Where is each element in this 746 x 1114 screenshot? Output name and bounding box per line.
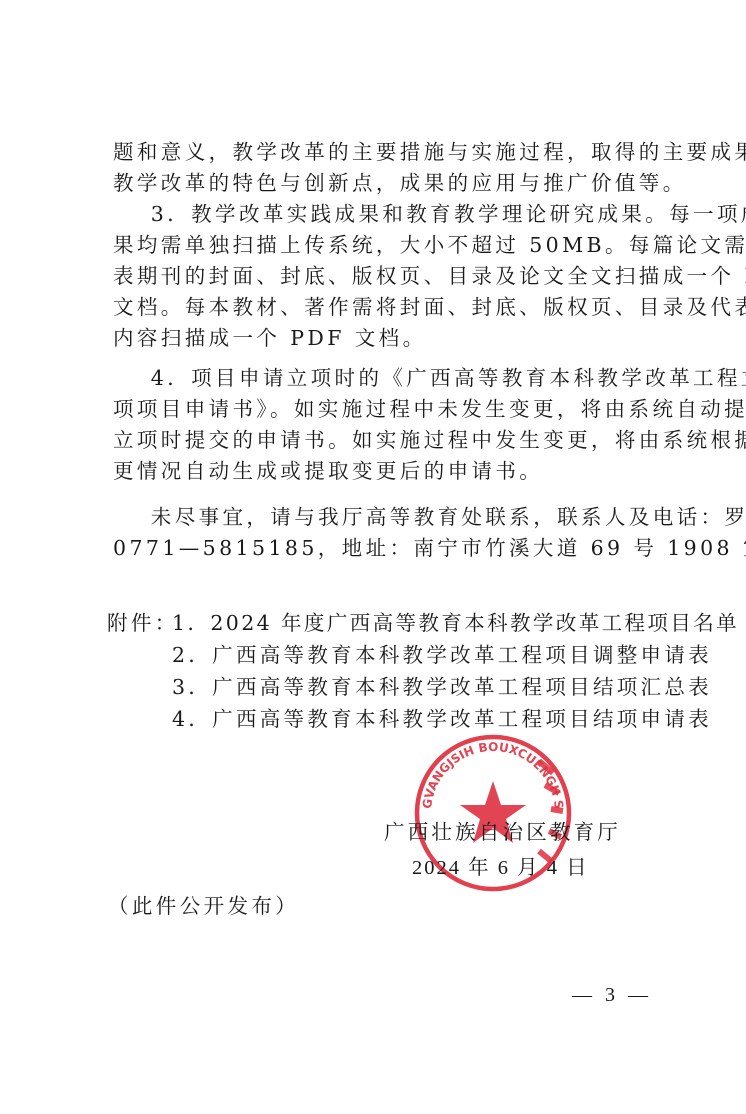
body-line: 文档。每本教材、著作需将封面、封底、版权页、目录及代表性 xyxy=(113,292,653,323)
body-line: 3．教学改革实践成果和教育教学理论研究成果。每一项成 xyxy=(103,199,643,230)
contact-line: 未尽事宜，请与我厅高等教育处联系，联系人及电话：罗恒， xyxy=(103,502,643,533)
attachment-item: 4．广西高等教育本科教学改革工程项目结项申请表 xyxy=(172,704,662,735)
body-line: 题和意义，教学改革的主要措施与实施过程，取得的主要成果， xyxy=(113,137,653,168)
body-line: 教学改革的特色与创新点，成果的应用与推广价值等。 xyxy=(113,168,653,199)
document-page: 题和意义，教学改革的主要措施与实施过程，取得的主要成果， 教学改革的特色与创新点… xyxy=(0,0,746,1114)
body-line: 更情况自动生成或提取变更后的申请书。 xyxy=(113,456,653,487)
body-line: 4．项目申请立项时的《广西高等教育本科教学改革工程立 xyxy=(103,363,643,394)
attachment-item: 3．广西高等教育本科教学改革工程项目结项汇总表 xyxy=(172,672,662,703)
body-line: 果均需单独扫描上传系统，大小不超过 50MB。每篇论文需将发 xyxy=(113,230,653,261)
page-number: — 3 — xyxy=(572,980,652,1010)
attachment-item: 1．2024 年度广西高等教育本科教学改革工程项目名单 xyxy=(172,608,662,639)
body-line: 内容扫描成一个 PDF 文档。 xyxy=(113,323,653,354)
issuer-name: 广西壮族自治区教育厅 xyxy=(384,817,621,848)
attachment-item: 2．广西高等教育本科教学改革工程项目调整申请表 xyxy=(172,640,662,671)
body-line: 立项时提交的申请书。如实施过程中发生变更，将由系统根据变 xyxy=(113,425,653,456)
body-line: 项项目申请书》。如实施过程中未发生变更，将由系统自动提取 xyxy=(113,394,653,425)
publication-note: （此件公开发布） xyxy=(108,891,648,922)
issue-date: 2024 年 6 月 4 日 xyxy=(412,853,589,884)
contact-line: 0771—5815185，地址：南宁市竹溪大道 69 号 1908 室。 xyxy=(113,533,653,564)
body-line: 表期刊的封面、封底、版权页、目录及论文全文扫描成一个 PDF xyxy=(113,261,653,292)
